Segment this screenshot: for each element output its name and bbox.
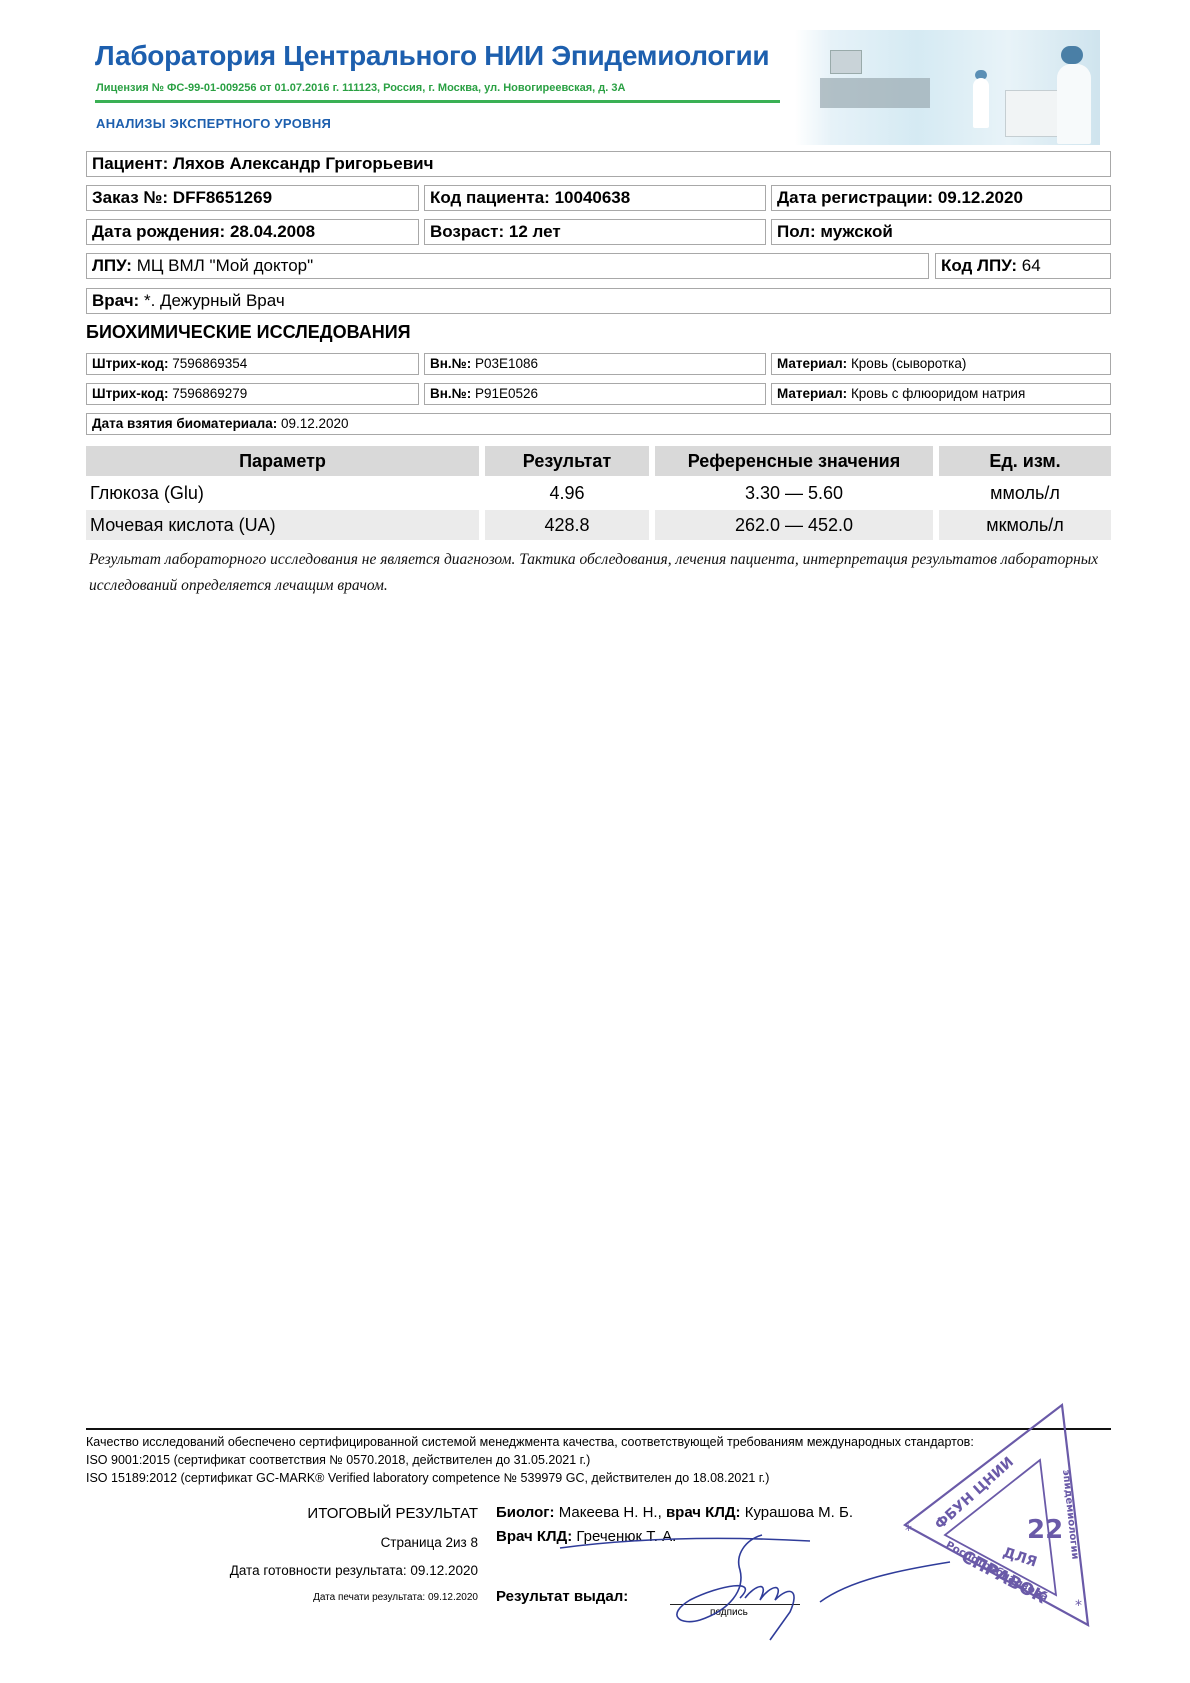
- stamp-number: 22: [1027, 1515, 1063, 1545]
- handwritten-signature: [560, 1535, 950, 1640]
- svg-text:*: *: [1075, 1598, 1082, 1614]
- stamp-icon: 22 ДЛЯ СПРАВОК ФБУН ЦНИИ Роспотребнадзор…: [905, 1405, 1088, 1625]
- svg-text:*: *: [905, 1523, 912, 1539]
- signature-and-stamp: 22 ДЛЯ СПРАВОК ФБУН ЦНИИ Роспотребнадзор…: [0, 0, 1190, 1683]
- stamp-bottom-text: Роспотребнадзора: [944, 1539, 1051, 1603]
